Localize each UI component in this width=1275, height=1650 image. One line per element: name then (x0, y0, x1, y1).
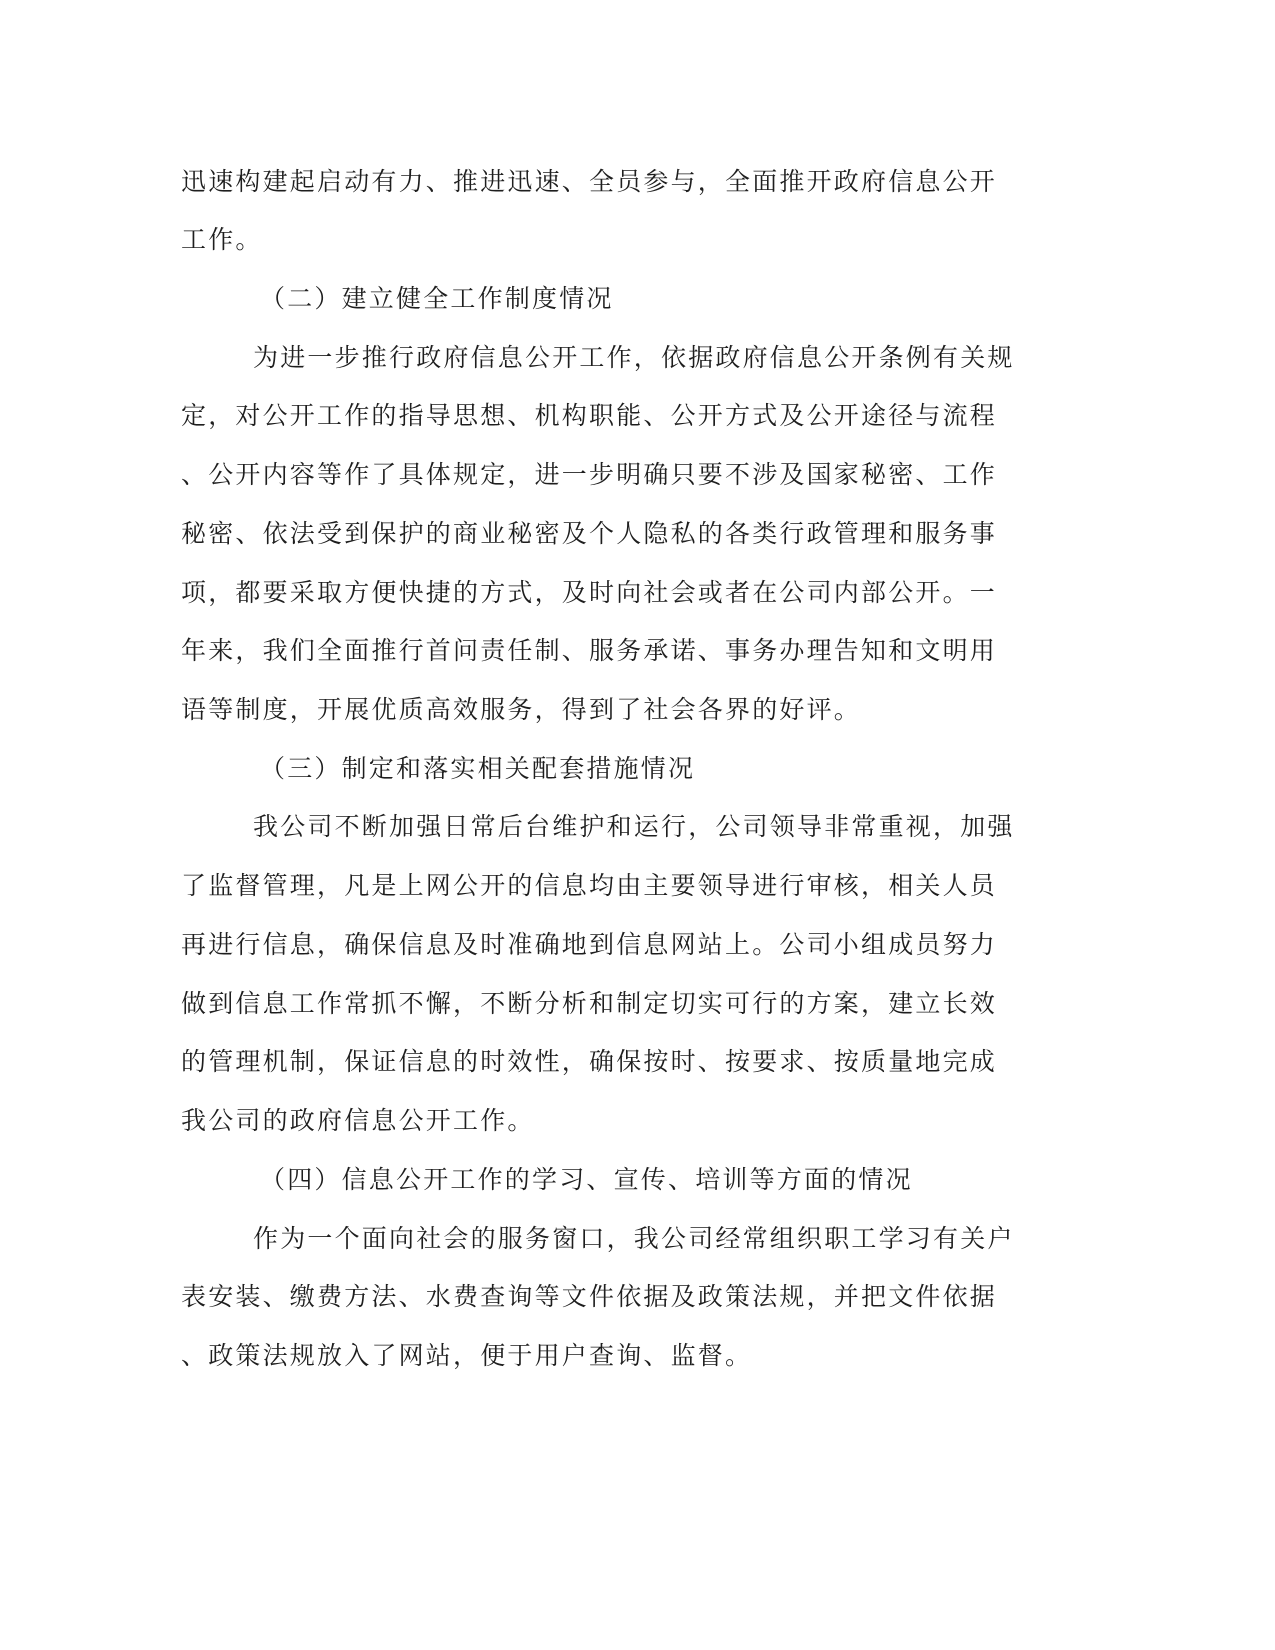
body-line: 工作。 (181, 220, 263, 260)
document-page: 迅速构建起启动有力、推进迅速、全员参与，全面推开政府信息公开 工作。 （二）建立… (0, 0, 1275, 1650)
section-heading-4: （四）信息公开工作的学习、宣传、培训等方面的情况 (260, 1160, 913, 1200)
body-line: 了监督管理，凡是上网公开的信息均由主要领导进行审核，相关人员 (181, 866, 997, 906)
body-line: 我公司的政府信息公开工作。 (181, 1101, 535, 1141)
body-line: 语等制度，开展优质高效服务，得到了社会各界的好评。 (181, 690, 861, 730)
body-line: 年来，我们全面推行首问责任制、服务承诺、事务办理告知和文明用 (181, 631, 997, 671)
body-line: 定，对公开工作的指导思想、机构职能、公开方式及公开途径与流程 (181, 396, 997, 436)
body-line: 再进行信息，确保信息及时准确地到信息网站上。公司小组成员努力 (181, 925, 997, 965)
body-line: 、政策法规放入了网站，便于用户查询、监督。 (181, 1336, 752, 1376)
body-line: 迅速构建起启动有力、推进迅速、全员参与，全面推开政府信息公开 (181, 162, 997, 202)
section-heading-2: （二）建立健全工作制度情况 (260, 279, 614, 319)
body-line: 表安装、缴费方法、水费查询等文件依据及政策法规，并把文件依据 (181, 1277, 997, 1317)
paragraph-first-line: 我公司不断加强日常后台维护和运行，公司领导非常重视，加强 (253, 807, 1015, 847)
body-line: 秘密、依法受到保护的商业秘密及个人隐私的各类行政管理和服务事 (181, 514, 997, 554)
body-line: 做到信息工作常抓不懈，不断分析和制定切实可行的方案，建立长效 (181, 984, 997, 1024)
section-heading-3: （三）制定和落实相关配套措施情况 (260, 749, 695, 789)
body-line: 项，都要采取方便快捷的方式，及时向社会或者在公司内部公开。一 (181, 573, 997, 613)
paragraph-first-line: 作为一个面向社会的服务窗口，我公司经常组织职工学习有关户 (253, 1219, 1015, 1259)
body-line: 的管理机制，保证信息的时效性，确保按时、按要求、按质量地完成 (181, 1042, 997, 1082)
body-line: 、公开内容等作了具体规定，进一步明确只要不涉及国家秘密、工作 (181, 455, 997, 495)
paragraph-first-line: 为进一步推行政府信息公开工作，依据政府信息公开条例有关规 (253, 338, 1015, 378)
